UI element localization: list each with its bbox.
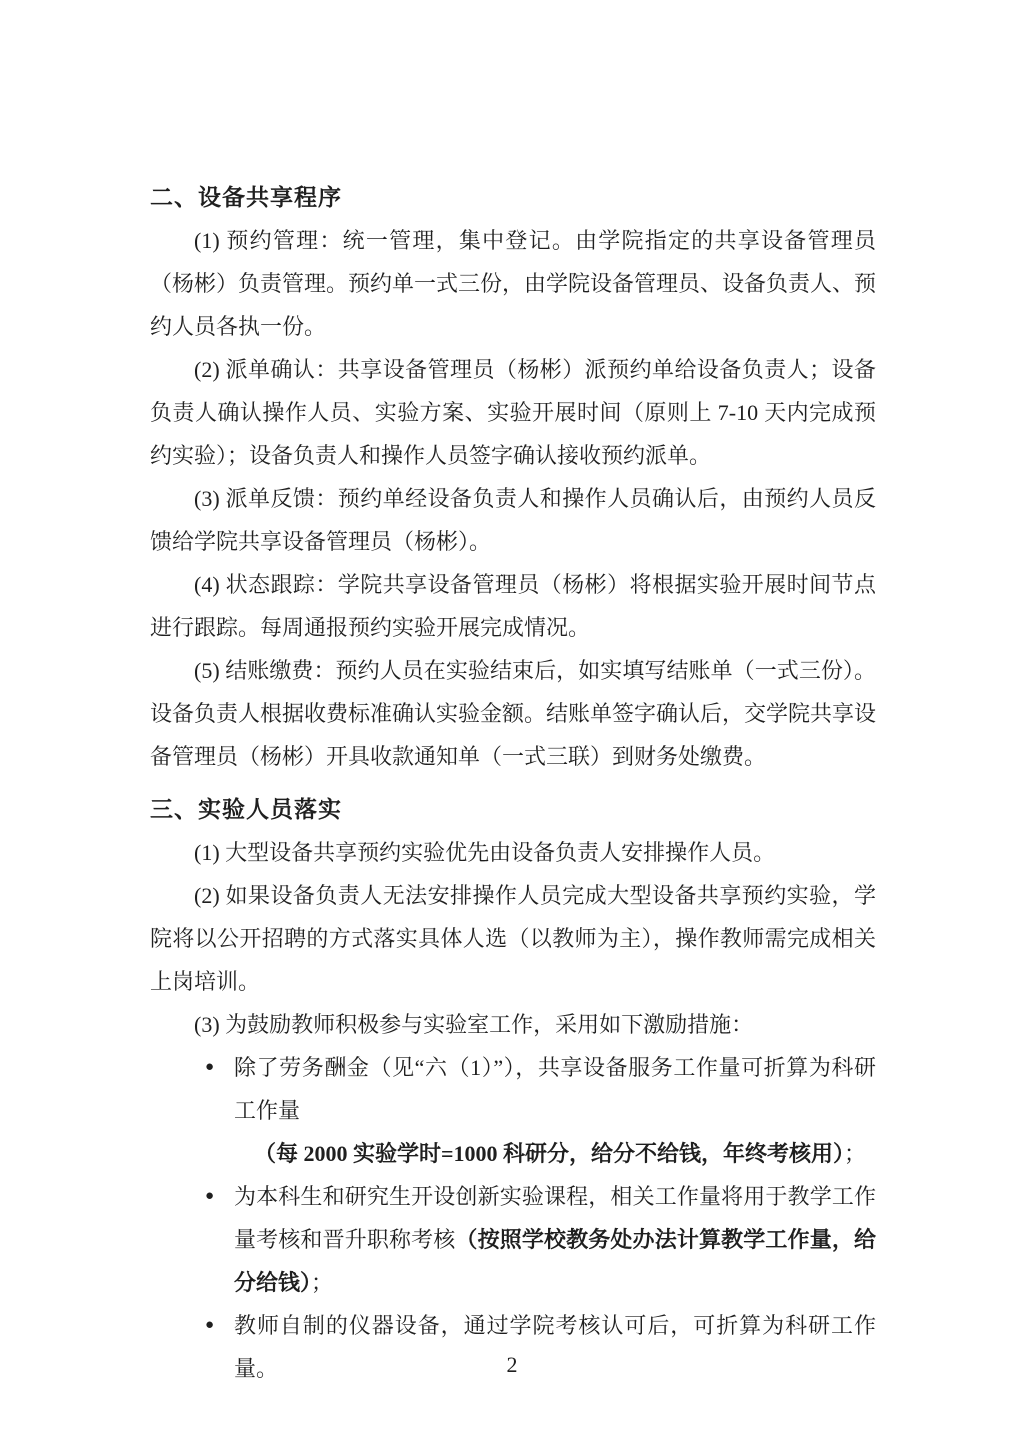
paragraph-status-tracking: (4) 状态跟踪：学院共享设备管理员（杨彬）将根据实验开展时间节点进行跟踪。每周… xyxy=(150,563,876,649)
page-number: 2 xyxy=(0,1343,1024,1386)
section-heading-lab-personnel: 三、实验人员落实 xyxy=(150,788,876,831)
section-heading-equipment-sharing: 二、设备共享程序 xyxy=(150,176,876,219)
bullet-icon: ● xyxy=(205,1304,214,1347)
document-page: 二、设备共享程序 (1) 预约管理：统一管理，集中登记。由学院指定的共享设备管理… xyxy=(0,0,1024,1448)
paragraph-settlement-payment: (5) 结账缴费：预约人员在实验结束后，如实填写结账单（一式三份）。设备负责人根… xyxy=(150,649,876,778)
paragraph-incentive-intro: (3) 为鼓励教师积极参与实验室工作，采用如下激励措施： xyxy=(150,1003,876,1046)
bullet-tail: ； xyxy=(844,1141,866,1166)
bullet-text: 除了劳务酬金（见“六（1）”），共享设备服务工作量可折算为科研工作量 xyxy=(234,1055,876,1123)
paragraph-open-recruitment: (2) 如果设备负责人无法安排操作人员完成大型设备共享预约实验，学院将以公开招聘… xyxy=(150,874,876,1003)
bullet-icon: ● xyxy=(205,1046,214,1089)
list-item-research-workload: ● 除了劳务酬金（见“六（1）”），共享设备服务工作量可折算为科研工作量 （每 … xyxy=(150,1046,876,1175)
bullet-icon: ● xyxy=(205,1175,214,1218)
page-content: 二、设备共享程序 (1) 预约管理：统一管理，集中登记。由学院指定的共享设备管理… xyxy=(150,176,876,1390)
bullet-bold-line: （每 2000 实验学时=1000 科研分，给分不给钱，年终考核用）； xyxy=(234,1132,876,1175)
bullet-tail: ； xyxy=(311,1270,333,1295)
list-item-teaching-workload: ● 为本科生和研究生开设创新实验课程，相关工作量将用于教学工作量考核和晋升职称考… xyxy=(150,1175,876,1304)
paragraph-dispatch-feedback: (3) 派单反馈：预约单经设备负责人和操作人员确认后，由预约人员反馈给学院共享设… xyxy=(150,477,876,563)
incentive-list: ● 除了劳务酬金（见“六（1）”），共享设备服务工作量可折算为科研工作量 （每 … xyxy=(150,1046,876,1390)
paragraph-dispatch-confirmation: (2) 派单确认：共享设备管理员（杨彬）派预约单给设备负责人；设备负责人确认操作… xyxy=(150,348,876,477)
paragraph-operator-priority: (1) 大型设备共享预约实验优先由设备负责人安排操作人员。 xyxy=(150,831,876,874)
bullet-bold-text: （每 2000 实验学时=1000 科研分，给分不给钱，年终考核用） xyxy=(254,1141,844,1166)
paragraph-reservation-management: (1) 预约管理：统一管理，集中登记。由学院指定的共享设备管理员（杨彬）负责管理… xyxy=(150,219,876,348)
